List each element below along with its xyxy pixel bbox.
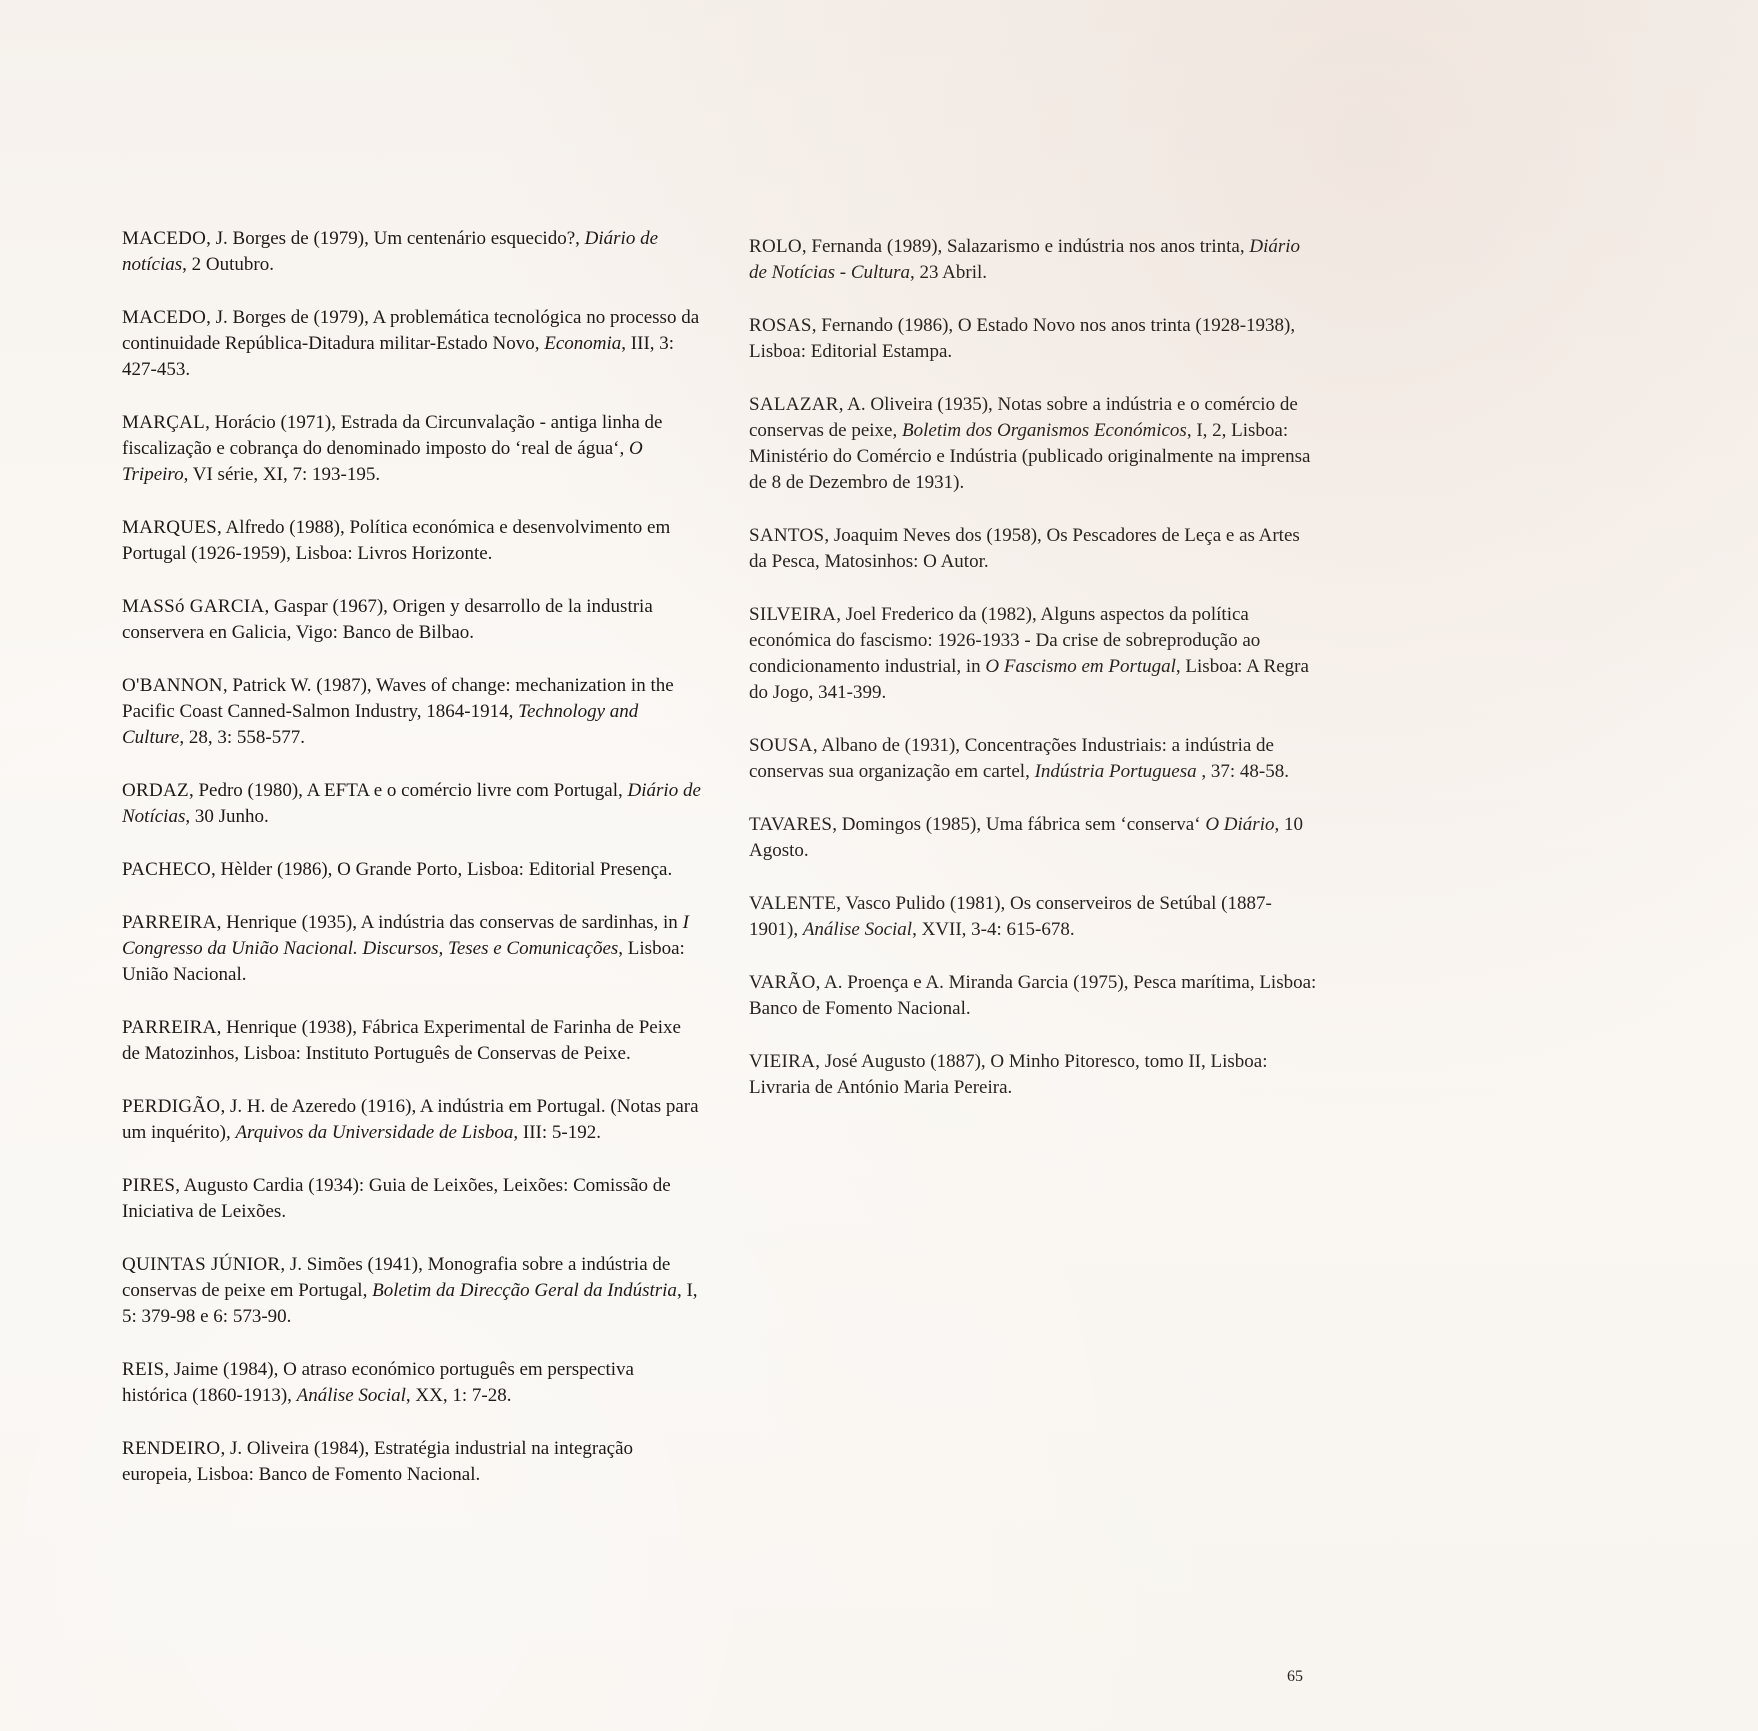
entry-text: , XVII, 3-4: 615-678.: [912, 919, 1075, 940]
publication-title: Economia: [544, 333, 621, 354]
author-surname: MARQUES: [122, 517, 217, 538]
author-surname: PERDIGÃO: [122, 1096, 220, 1117]
author-surname: MARÇAL: [122, 412, 205, 433]
publication-title: O Diário: [1205, 814, 1274, 835]
entry-text: , A. Proença e A. Miranda Garcia (1975),…: [749, 972, 1316, 1019]
entry-text: , Fernanda (1989), Salazarismo e indústr…: [802, 236, 1249, 257]
bibliography-entry: TAVARES, Domingos (1985), Uma fábrica se…: [749, 812, 1319, 864]
bibliography-entry: MASSó GARCIA, Gaspar (1967), Origen y de…: [122, 594, 702, 646]
entry-text: , 23 Abril.: [910, 262, 987, 283]
author-surname: MACEDO: [122, 307, 206, 328]
bibliography-entry: MARQUES, Alfredo (1988), Política económ…: [122, 515, 702, 567]
author-surname: SILVEIRA: [749, 604, 836, 625]
publication-title: O Fascismo em Portugal: [985, 656, 1176, 677]
bibliography-entry: O'BANNON, Patrick W. (1987), Waves of ch…: [122, 673, 702, 751]
entry-text: , Fernando (1986), O Estado Novo nos ano…: [749, 315, 1295, 362]
bibliography-left-column: MACEDO, J. Borges de (1979), Um centenár…: [122, 226, 702, 1515]
author-surname: SOUSA: [749, 735, 813, 756]
author-surname: MASSó GARCIA: [122, 596, 264, 617]
author-surname: SALAZAR: [749, 394, 839, 415]
bibliography-entry: SALAZAR, A. Oliveira (1935), Notas sobre…: [749, 392, 1319, 496]
bibliography-entry: VALENTE, Vasco Pulido (1981), Os conserv…: [749, 891, 1319, 943]
bibliography-entry: ROLO, Fernanda (1989), Salazarismo e ind…: [749, 234, 1319, 286]
bibliography-entry: MACEDO, J. Borges de (1979), Um centenár…: [122, 226, 702, 278]
bibliography-entry: ORDAZ, Pedro (1980), A EFTA e o comércio…: [122, 778, 702, 830]
publication-title: Boletim da Direcção Geral da Indústria: [372, 1280, 677, 1301]
entry-text: , 28, 3: 558-577.: [179, 727, 305, 748]
bibliography-entry: SILVEIRA, Joel Frederico da (1982), Algu…: [749, 602, 1319, 706]
entry-text: , 30 Junho.: [185, 806, 268, 827]
publication-title: Análise Social: [803, 919, 912, 940]
author-surname: TAVARES: [749, 814, 832, 835]
author-surname: VARÃO: [749, 972, 816, 993]
publication-title: Indústria Portuguesa: [1035, 761, 1197, 782]
author-surname: ORDAZ: [122, 780, 189, 801]
author-surname: RENDEIRO: [122, 1438, 220, 1459]
bibliography-entry: VARÃO, A. Proença e A. Miranda Garcia (1…: [749, 970, 1319, 1022]
entry-text: , José Augusto (1887), O Minho Pitoresco…: [749, 1051, 1267, 1098]
author-surname: PARREIRA: [122, 1017, 217, 1038]
entry-text: , XX, 1: 7-28.: [406, 1385, 512, 1406]
author-surname: VALENTE: [749, 893, 836, 914]
author-surname: QUINTAS JÚNIOR: [122, 1254, 280, 1275]
bibliography-entry: SOUSA, Albano de (1931), Concentrações I…: [749, 733, 1319, 785]
entry-text: , Domingos (1985), Uma fábrica sem ‘cons…: [832, 814, 1205, 835]
bibliography-right-column: ROLO, Fernanda (1989), Salazarismo e ind…: [749, 234, 1319, 1128]
entry-text: , III: 5-192.: [513, 1122, 601, 1143]
entry-text: , VI série, XI, 7: 193-195.: [184, 464, 380, 485]
entry-text: , Henrique (1935), A indústria das conse…: [217, 912, 683, 933]
author-surname: REIS: [122, 1359, 164, 1380]
bibliography-entry: MACEDO, J. Borges de (1979), A problemát…: [122, 305, 702, 383]
page-number: 65: [1287, 1668, 1303, 1686]
bibliography-entry: QUINTAS JÚNIOR, J. Simões (1941), Monogr…: [122, 1252, 702, 1330]
author-surname: PIRES: [122, 1175, 175, 1196]
bibliography-entry: VIEIRA, José Augusto (1887), O Minho Pit…: [749, 1049, 1319, 1101]
entry-text: , Augusto Cardia (1934): Guia de Leixões…: [122, 1175, 671, 1222]
bibliography-entry: SANTOS, Joaquim Neves dos (1958), Os Pes…: [749, 523, 1319, 575]
entry-text: , Joaquim Neves dos (1958), Os Pescadore…: [749, 525, 1300, 572]
entry-text: , 37: 48-58.: [1197, 761, 1289, 782]
author-surname: PARREIRA: [122, 912, 217, 933]
author-surname: PACHECO: [122, 859, 211, 880]
bibliography-entry: PERDIGÃO, J. H. de Azeredo (1916), A ind…: [122, 1094, 702, 1146]
bibliography-entry: PARREIRA, Henrique (1938), Fábrica Exper…: [122, 1015, 702, 1067]
bibliography-entry: REIS, Jaime (1984), O atraso económico p…: [122, 1357, 702, 1409]
publication-title: Boletim dos Organismos Económicos: [902, 420, 1187, 441]
author-surname: ROSAS: [749, 315, 812, 336]
author-surname: VIEIRA: [749, 1051, 815, 1072]
entry-text: , Hèlder (1986), O Grande Porto, Lisboa:…: [211, 859, 672, 880]
entry-text: , 2 Outubro.: [182, 254, 274, 275]
publication-title: Arquivos da Universidade de Lisboa: [235, 1122, 513, 1143]
entry-text: , J. Borges de (1979), Um centenário esq…: [206, 228, 585, 249]
author-surname: MACEDO: [122, 228, 206, 249]
bibliography-entry: MARÇAL, Horácio (1971), Estrada da Circu…: [122, 410, 702, 488]
bibliography-entry: PARREIRA, Henrique (1935), A indústria d…: [122, 910, 702, 988]
publication-title: Análise Social: [297, 1385, 406, 1406]
author-surname: SANTOS: [749, 525, 824, 546]
bibliography-entry: ROSAS, Fernando (1986), O Estado Novo no…: [749, 313, 1319, 365]
bibliography-entry: PACHECO, Hèlder (1986), O Grande Porto, …: [122, 857, 702, 883]
entry-text: , Pedro (1980), A EFTA e o comércio livr…: [189, 780, 628, 801]
bibliography-entry: RENDEIRO, J. Oliveira (1984), Estratégia…: [122, 1436, 702, 1488]
author-surname: O'BANNON: [122, 675, 223, 696]
author-surname: ROLO: [749, 236, 802, 257]
bibliography-entry: PIRES, Augusto Cardia (1934): Guia de Le…: [122, 1173, 702, 1225]
